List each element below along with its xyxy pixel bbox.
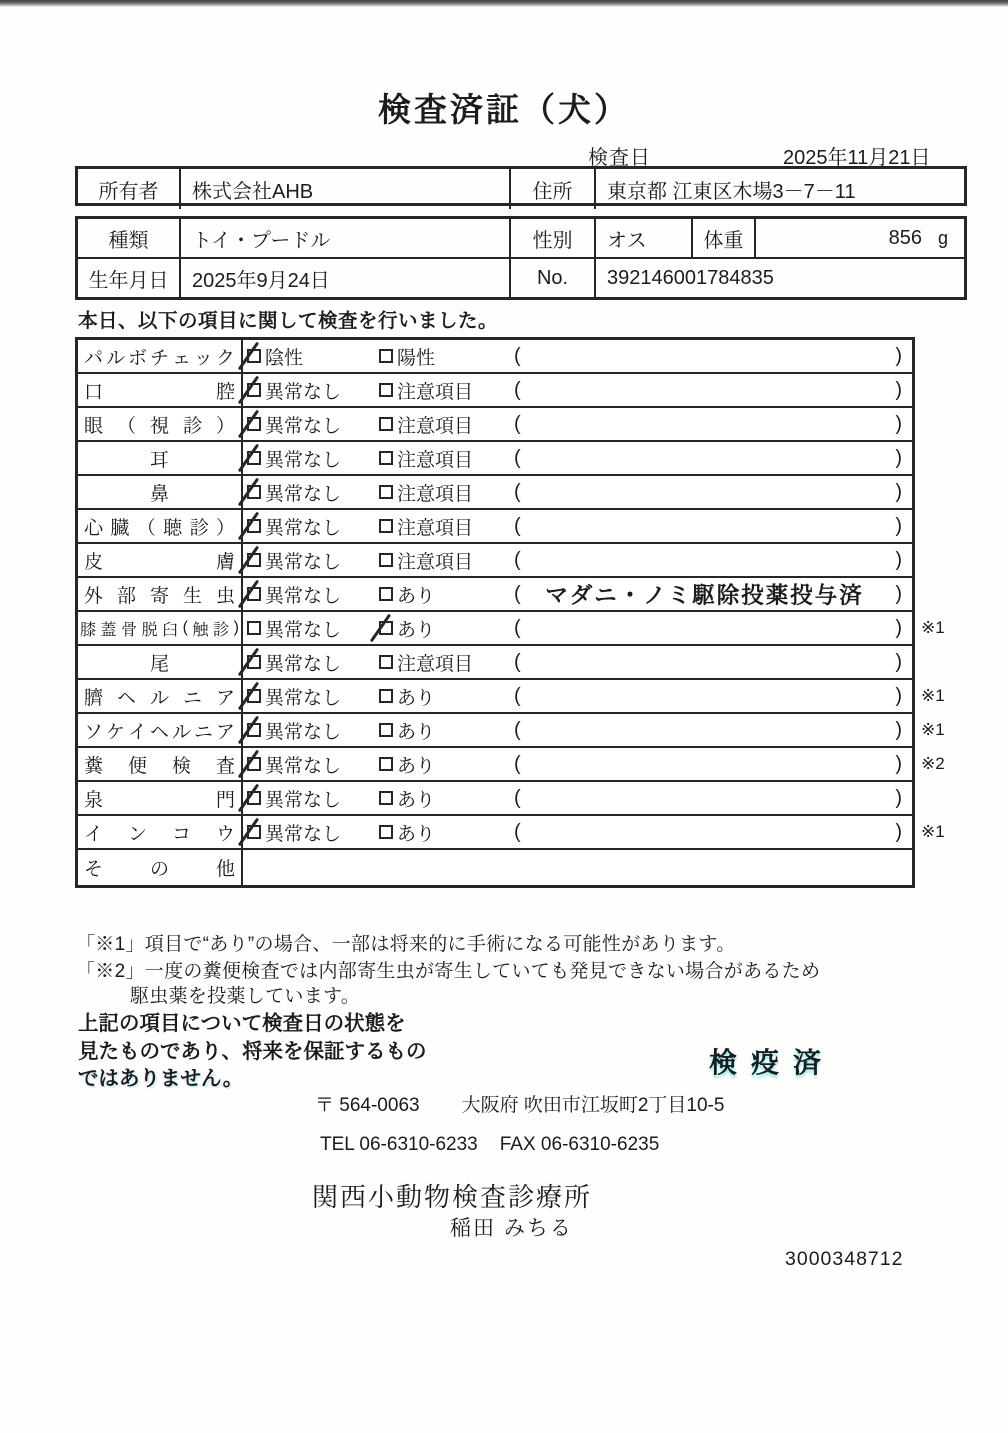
no-label: No. — [511, 259, 596, 298]
paren-text — [531, 816, 878, 848]
paren-open: ( — [514, 646, 521, 678]
footnote-ref: ※1 — [921, 680, 945, 712]
option-label: 注意項目 — [397, 547, 473, 574]
table-row: 耳異常なし注意項目() — [78, 442, 912, 476]
paren-open: ( — [514, 340, 521, 372]
weight-unit: g — [938, 228, 948, 249]
paren-open: ( — [514, 442, 521, 474]
option-label: 異常なし — [265, 717, 341, 744]
option: 異常なし — [247, 374, 341, 406]
paren-open: ( — [514, 510, 521, 542]
option: 異常なし — [247, 578, 341, 610]
table-row: 種類 トイ・プードル 性別 オス 体重 856 g — [78, 219, 964, 259]
checkbox-icon — [379, 485, 393, 499]
checkbox-icon — [247, 621, 261, 635]
paren-text: マダニ・ノミ駆除投薬投与済 — [531, 578, 878, 610]
table-row: 眼（視診）異常なし注意項目() — [78, 408, 912, 442]
row-content — [243, 850, 912, 885]
row-content: 異常なし注意項目() — [243, 476, 912, 508]
table-row: 糞便検査異常なしあり()※2 — [78, 748, 912, 782]
option-label: 異常なし — [265, 819, 341, 846]
table-row: 所有者 株式会社AHB 住所 東京都 江東区木場3－7－11 — [78, 169, 964, 209]
row-label: 外部寄生虫 — [78, 578, 243, 610]
option: あり — [379, 748, 435, 780]
weight-cell: 856 g — [756, 219, 964, 257]
no-value: 392146001784835 — [596, 259, 964, 298]
checkbox-checked-icon — [247, 791, 261, 805]
row-label: ソケイヘルニア — [78, 714, 243, 746]
checkbox-icon — [379, 349, 393, 363]
disclaimer-line: 上記の項目について検査日の状態を — [78, 1010, 427, 1038]
info-table: 種類 トイ・プードル 性別 オス 体重 856 g 生年月日 2025年9月24… — [75, 216, 967, 300]
row-label: 膝蓋骨脱臼(触診) — [78, 612, 243, 644]
paren-open: ( — [514, 578, 521, 610]
disclaimer-line: 見たものであり、将来を保証するもの — [78, 1038, 427, 1066]
option: 異常なし — [247, 612, 341, 644]
paren-open: ( — [514, 476, 521, 508]
row-content: 異常なしあり() — [243, 816, 912, 848]
option: あり — [379, 578, 435, 610]
paren-close: ) — [895, 374, 902, 406]
intro-text: 本日、以下の項目に関して検査を行いました。 — [78, 305, 498, 333]
paren-text — [531, 680, 878, 712]
checkbox-icon — [379, 587, 393, 601]
option-label: あり — [397, 683, 435, 710]
row-label: 臍ヘルニア — [78, 680, 243, 712]
table-row: ソケイヘルニア異常なしあり()※1 — [78, 714, 912, 748]
checklist-table: パルボチェック陰性陽性()口腔異常なし注意項目()眼（視診）異常なし注意項目()… — [75, 337, 915, 888]
option: 異常なし — [247, 476, 341, 508]
option: 注意項目 — [379, 510, 473, 542]
row-content: 異常なしあり() — [243, 714, 912, 746]
table-row: 口腔異常なし注意項目() — [78, 374, 912, 408]
row-content: 異常なしあり() — [243, 782, 912, 814]
option-label: あり — [397, 785, 435, 812]
table-row: 心臓（聴診）異常なし注意項目() — [78, 510, 912, 544]
option: 注意項目 — [379, 544, 473, 576]
clinic-postal-address: 〒 564-0063大阪府 吹田市江坂町2丁目10-5 — [315, 1090, 724, 1117]
row-content: 陰性陽性() — [243, 340, 912, 372]
sex-value: オス — [596, 219, 693, 257]
clinic-contact: TEL 06-6310-6233FAX 06-6310-6235 — [320, 1134, 659, 1156]
option: 異常なし — [247, 408, 341, 440]
footnote-2-continued: 駆虫薬を投薬しています。 — [130, 981, 360, 1008]
option-label: あり — [397, 751, 435, 778]
paren-text — [531, 714, 878, 746]
disclaimer-text: 上記の項目について検査日の状態を 見たものであり、将来を保証するもの ではありま… — [78, 1010, 427, 1093]
option-label: 注意項目 — [397, 411, 473, 438]
row-label: 口腔 — [78, 374, 243, 406]
paren-close: ) — [895, 714, 902, 746]
option: 異常なし — [247, 748, 341, 780]
row-content: 異常なし注意項目() — [243, 442, 912, 474]
paren-open: ( — [514, 374, 521, 406]
row-label: インコウ — [78, 816, 243, 848]
paren-text — [531, 646, 878, 678]
clinic-address: 大阪府 吹田市江坂町2丁目10-5 — [462, 1095, 725, 1116]
paren-open: ( — [514, 408, 521, 440]
checkbox-checked-icon — [379, 621, 393, 635]
row-content: 異常なしあり(マダニ・ノミ駆除投薬投与済) — [243, 578, 912, 610]
paren-close: ) — [895, 748, 902, 780]
option: 注意項目 — [379, 646, 473, 678]
option-label: あり — [397, 717, 435, 744]
option-label: 陰性 — [265, 343, 303, 370]
checkbox-checked-icon — [247, 689, 261, 703]
option-label: 異常なし — [265, 479, 341, 506]
row-content: 異常なし注意項目() — [243, 408, 912, 440]
paren-open: ( — [514, 714, 521, 746]
table-row: 生年月日 2025年9月24日 No. 392146001784835 — [78, 259, 964, 298]
option: あり — [379, 680, 435, 712]
checkbox-checked-icon — [247, 757, 261, 771]
scan-edge-artifact — [0, 0, 1008, 7]
row-label: 鼻 — [78, 476, 243, 508]
paren-open: ( — [514, 544, 521, 576]
checkbox-icon — [379, 451, 393, 465]
option: 注意項目 — [379, 476, 473, 508]
option: 異常なし — [247, 510, 341, 542]
paren-open: ( — [514, 612, 521, 644]
paren-close: ) — [895, 476, 902, 508]
option: あり — [379, 816, 435, 848]
row-label: パルボチェック — [78, 340, 243, 372]
breed-value: トイ・プードル — [181, 219, 511, 257]
table-row: 膝蓋骨脱臼(触診)異常なしあり()※1 — [78, 612, 912, 646]
row-content: 異常なし注意項目() — [243, 544, 912, 576]
option-label: 注意項目 — [397, 377, 473, 404]
checkbox-checked-icon — [247, 383, 261, 397]
paren-text — [531, 374, 878, 406]
option-label: 注意項目 — [397, 479, 473, 506]
checkbox-icon — [379, 723, 393, 737]
option: あり — [379, 612, 435, 644]
option: 注意項目 — [379, 442, 473, 474]
option: 注意項目 — [379, 408, 473, 440]
paren-text — [531, 476, 878, 508]
option: 異常なし — [247, 782, 341, 814]
checkbox-checked-icon — [247, 723, 261, 737]
option-label: 陽性 — [397, 343, 435, 370]
row-content: 異常なしあり() — [243, 748, 912, 780]
table-row: 皮膚異常なし注意項目() — [78, 544, 912, 578]
row-content: 異常なし注意項目() — [243, 646, 912, 678]
option: あり — [379, 714, 435, 746]
footnote-ref: ※1 — [921, 612, 945, 644]
clinic-tel: TEL 06-6310-6233 — [320, 1134, 478, 1155]
option-label: あり — [397, 581, 435, 608]
weight-label: 体重 — [693, 219, 756, 257]
option-label: 注意項目 — [397, 513, 473, 540]
option-label: 異常なし — [265, 411, 341, 438]
birth-value: 2025年9月24日 — [181, 259, 511, 298]
checkbox-icon — [379, 383, 393, 397]
certificate-page: 検査済証（犬） 検査日 2025年11月21日 所有者 株式会社AHB 住所 東… — [0, 0, 1008, 1433]
checkbox-checked-icon — [247, 417, 261, 431]
option: 異常なし — [247, 544, 341, 576]
option: 陽性 — [379, 340, 435, 372]
footnote-2: 「※2」一度の糞便検査では内部寄生虫が寄生していても発見できない場合があるため — [76, 956, 820, 983]
table-row: 尾異常なし注意項目() — [78, 646, 912, 680]
table-row: 泉門異常なしあり() — [78, 782, 912, 816]
paren-close: ) — [895, 816, 902, 848]
checkbox-icon — [379, 553, 393, 567]
checkbox-checked-icon — [247, 587, 261, 601]
option: 異常なし — [247, 680, 341, 712]
disclaimer-line: ではありません。 — [78, 1065, 427, 1093]
clinic-fax: FAX 06-6310-6235 — [500, 1134, 660, 1155]
paren-text — [531, 408, 878, 440]
checkbox-checked-icon — [247, 553, 261, 567]
option: 異常なし — [247, 816, 341, 848]
row-label: 心臓（聴診） — [78, 510, 243, 542]
paren-text — [531, 782, 878, 814]
option-label: 異常なし — [265, 547, 341, 574]
table-row: 臍ヘルニア異常なしあり()※1 — [78, 680, 912, 714]
paren-open: ( — [514, 680, 521, 712]
checkbox-icon — [379, 791, 393, 805]
footnote-1: 「※1」項目で“あり”の場合、一部は将来的に手術になる可能性があります。 — [76, 929, 736, 956]
paren-close: ) — [895, 408, 902, 440]
clinic-name: 関西小動物検査診療所 — [312, 1177, 592, 1214]
option-label: あり — [397, 819, 435, 846]
option-label: 異常なし — [265, 751, 341, 778]
row-content: 異常なしあり() — [243, 680, 912, 712]
option: あり — [379, 782, 435, 814]
checkbox-icon — [379, 519, 393, 533]
option-label: 異常なし — [265, 649, 341, 676]
option-label: 異常なし — [265, 683, 341, 710]
paren-open: ( — [514, 816, 521, 848]
paren-close: ) — [895, 646, 902, 678]
breed-label: 種類 — [78, 219, 181, 257]
examiner-name: 稲田 みちる — [450, 1212, 573, 1242]
row-label: その他 — [78, 850, 243, 885]
paren-close: ) — [895, 544, 902, 576]
address-label: 住所 — [511, 169, 596, 209]
footnote-ref: ※2 — [921, 748, 945, 780]
checkbox-checked-icon — [247, 519, 261, 533]
serial-number: 3000348712 — [785, 1248, 903, 1271]
table-row: 鼻異常なし注意項目() — [78, 476, 912, 510]
owner-table: 所有者 株式会社AHB 住所 東京都 江東区木場3－7－11 — [75, 166, 967, 206]
table-row: その他 — [78, 850, 912, 885]
paren-text — [531, 544, 878, 576]
checkbox-icon — [379, 825, 393, 839]
checkbox-checked-icon — [247, 655, 261, 669]
paren-close: ) — [895, 578, 902, 610]
paren-text — [531, 340, 878, 372]
row-content: 異常なし注意項目() — [243, 510, 912, 542]
option: 陰性 — [247, 340, 303, 372]
option-label: 注意項目 — [397, 445, 473, 472]
table-row: インコウ異常なしあり()※1 — [78, 816, 912, 850]
checkbox-icon — [379, 655, 393, 669]
page-title: 検査済証（犬） — [0, 84, 1008, 131]
table-row: 外部寄生虫異常なしあり(マダニ・ノミ駆除投薬投与済) — [78, 578, 912, 612]
paren-open: ( — [514, 782, 521, 814]
paren-close: ) — [895, 510, 902, 542]
option-label: 異常なし — [265, 785, 341, 812]
footnote-ref: ※1 — [921, 816, 945, 848]
checkbox-checked-icon — [247, 485, 261, 499]
paren-close: ) — [895, 340, 902, 372]
row-label: 泉門 — [78, 782, 243, 814]
table-row: パルボチェック陰性陽性() — [78, 340, 912, 374]
option-label: 異常なし — [265, 581, 341, 608]
row-content: 異常なしあり() — [243, 612, 912, 644]
row-label: 尾 — [78, 646, 243, 678]
paren-text — [531, 510, 878, 542]
row-content: 異常なし注意項目() — [243, 374, 912, 406]
paren-close: ) — [895, 680, 902, 712]
row-label: 糞便検査 — [78, 748, 243, 780]
address-value: 東京都 江東区木場3－7－11 — [596, 169, 964, 209]
row-label: 眼（視診） — [78, 408, 243, 440]
option-label: 異常なし — [265, 445, 341, 472]
option: 異常なし — [247, 714, 341, 746]
paren-text — [531, 442, 878, 474]
weight-value: 856 — [889, 227, 922, 250]
row-label: 皮膚 — [78, 544, 243, 576]
checkbox-icon — [379, 757, 393, 771]
sex-label: 性別 — [511, 219, 596, 257]
quarantine-stamp: 検疫済 — [709, 1041, 835, 1081]
checkbox-checked-icon — [247, 349, 261, 363]
option: 異常なし — [247, 646, 341, 678]
checkbox-icon — [379, 417, 393, 431]
paren-close: ) — [895, 782, 902, 814]
checkbox-checked-icon — [247, 825, 261, 839]
option-label: 異常なし — [265, 615, 341, 642]
option: 異常なし — [247, 442, 341, 474]
option-label: あり — [397, 615, 435, 642]
birth-label: 生年月日 — [78, 259, 181, 298]
owner-value: 株式会社AHB — [181, 169, 511, 209]
option: 注意項目 — [379, 374, 473, 406]
option-label: 異常なし — [265, 513, 341, 540]
postal-code: 〒 564-0063 — [315, 1095, 420, 1116]
paren-close: ) — [895, 612, 902, 644]
paren-close: ) — [895, 442, 902, 474]
paren-text — [531, 748, 878, 780]
option-label: 異常なし — [265, 377, 341, 404]
footnote-ref: ※1 — [921, 714, 945, 746]
checkbox-icon — [379, 689, 393, 703]
owner-label: 所有者 — [78, 169, 181, 209]
row-label: 耳 — [78, 442, 243, 474]
paren-text — [531, 612, 878, 644]
paren-open: ( — [514, 748, 521, 780]
checkbox-checked-icon — [247, 451, 261, 465]
option-label: 注意項目 — [397, 649, 473, 676]
